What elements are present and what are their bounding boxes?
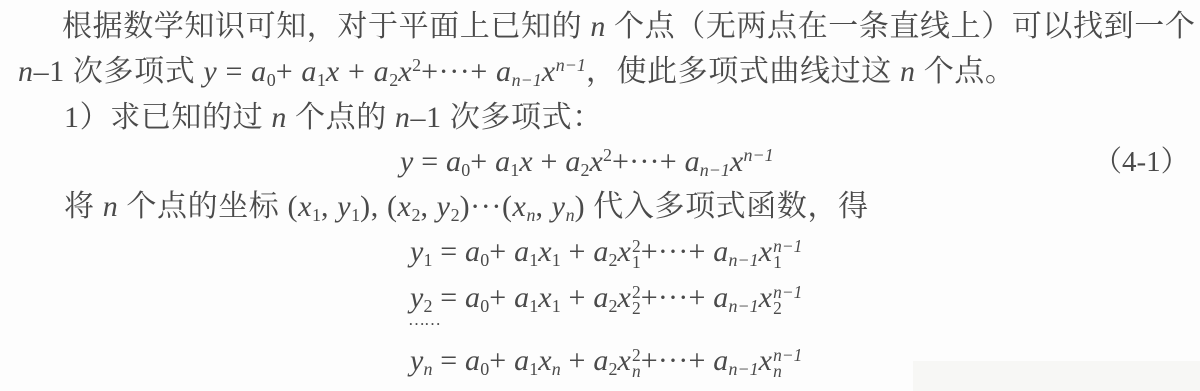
paragraph-substitute-line: 将 n 个点的坐标 (x1, y1), (x2, y2)···(xn, yn) …: [64, 189, 869, 225]
equation-4-1: y = a0+ a1x + a2x2+···+ an−1xn−1: [400, 144, 774, 180]
equation-number-label: （4-1）: [1093, 144, 1190, 180]
document-page: 根据数学知识可知，对于平面上已知的 n 个点（无两点在一条直线上）可以找到一个 …: [0, 0, 1200, 391]
paragraph-intro-line2: n–1 次多项式 y = a0+ a1x + a2x2+···+ an−1xn−…: [18, 54, 1016, 90]
equation-yn: yn = a0+ a1xn + a2x2n+···+ an−1xn−1n: [410, 343, 802, 380]
equation-y2: y2 = a0+ a1x1 + a2x22+···+ an−1xn−12: [410, 280, 802, 317]
equation-y1: y1 = a0+ a1x1 + a2x21+···+ an−1xn−11: [410, 234, 802, 271]
paragraph-intro-line1: 根据数学知识可知，对于平面上已知的 n 个点（无两点在一条直线上）可以找到一个: [62, 9, 1195, 45]
ellipsis-continuation: ……: [408, 311, 440, 328]
scan-shade-rect: [913, 361, 1200, 391]
list-item-1-heading: 1）求已知的过 n 个点的 n–1 次多项式：: [64, 100, 603, 136]
